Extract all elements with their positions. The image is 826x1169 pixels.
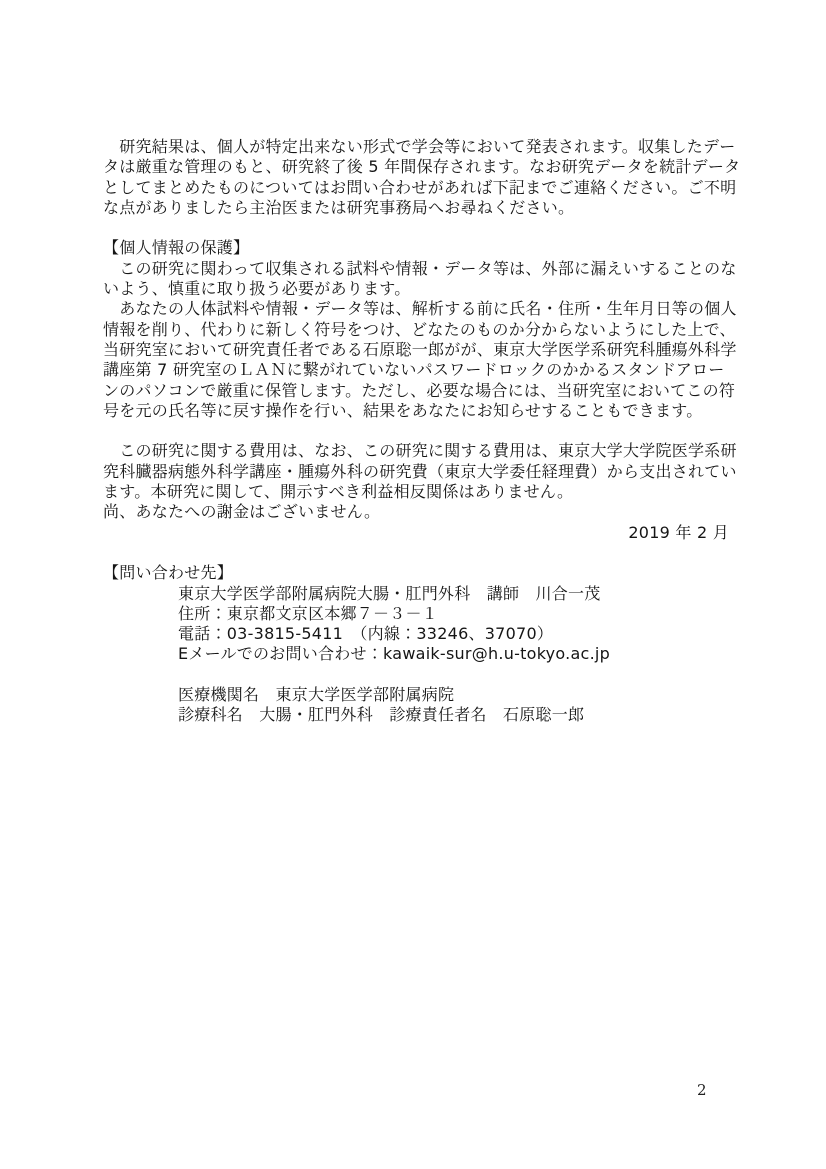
text-line: タは厳重な管理のもと、研究終了後 5 年間保存されます。なお研究データを統計デー… <box>103 157 729 177</box>
text-line: 尚、あなたへの謝金はございません。 <box>103 502 729 522</box>
text-line: ます。本研究に関して、開示すべき利益相反関係はありません。 <box>103 482 729 502</box>
text-line: 究科臓器病態外科学講座・腫瘍外科の研究費（東京大学委任経理費）から支出されてい <box>103 462 729 482</box>
contact-email-line: Eメールでのお問い合わせ：kawaik-sur@h.u-tokyo.ac.jp <box>103 644 729 664</box>
text-line: ンのパソコンで厳重に保管します。ただし、必要な場合には、当研究室においてこの符 <box>103 381 729 401</box>
document-body: 研究結果は、個人が特定出来ない形式で学会等において発表されます。収集したデー タ… <box>103 137 729 726</box>
text-line: 当研究室において研究責任者である石原聡一郎がが、東京大学医学系研究科腫瘍外科学 <box>103 340 729 360</box>
contact-phone-line: 電話：03-3815-5411 （内線：33246、37070） <box>103 624 729 644</box>
section-heading-privacy: 【個人情報の保護】 <box>103 238 729 258</box>
text-line: この研究に関する費用は、なお、この研究に関する費用は、東京大学大学院医学系研 <box>103 441 729 461</box>
paragraph-study-results: 研究結果は、個人が特定出来ない形式で学会等において発表されます。収集したデー タ… <box>103 137 729 218</box>
contact-person-line: 東京大学医学部附属病院大腸・肛門外科 講師 川合一茂 <box>103 584 729 604</box>
department-line: 診療科名 大腸・肛門外科 診療責任者名 石原聡一郎 <box>103 705 729 725</box>
section-heading-contact: 【問い合わせ先】 <box>103 563 729 583</box>
text-line: としてまとめたものについてはお問い合わせがあれば下記までご連絡ください。ご不明 <box>103 178 729 198</box>
text-line: な点がありましたら主治医または研究事務局へお尋ねください。 <box>103 198 729 218</box>
institution-name-line: 医療機関名 東京大学医学部附属病院 <box>103 685 729 705</box>
text-line: 講座第 7 研究室のＬＡＮに繋がれていないパスワードロックのかかるスタンドアロー <box>103 360 729 380</box>
paragraph-funding: この研究に関する費用は、なお、この研究に関する費用は、東京大学大学院医学系研 究… <box>103 441 729 542</box>
text-line: あなたの人体試料や情報・データ等は、解析する前に氏名・住所・生年月日等の個人 <box>103 299 729 319</box>
document-page: 研究結果は、個人が特定出来ない形式で学会等において発表されます。収集したデー タ… <box>0 0 826 1169</box>
institution-block: 医療機関名 東京大学医学部附属病院 診療科名 大腸・肛門外科 診療責任者名 石原… <box>103 685 729 726</box>
text-line: 号を元の氏名等に戻す操作を行い、結果をあなたにお知らせすることもできます。 <box>103 401 729 421</box>
text-line: この研究に関わって収集される試料や情報・データ等は、外部に漏えいすることのな <box>103 259 729 279</box>
text-line: 情報を削り、代わりに新しく符号をつけ、どなたのものか分からないようにした上で、 <box>103 320 729 340</box>
text-line: 研究結果は、個人が特定出来ない形式で学会等において発表されます。収集したデー <box>103 137 729 157</box>
contact-address-line: 住所：東京都文京区本郷７－３－１ <box>103 604 729 624</box>
section-contact: 【問い合わせ先】 東京大学医学部附属病院大腸・肛門外科 講師 川合一茂 住所：東… <box>103 563 729 664</box>
page-number: 2 <box>697 1081 707 1099</box>
date-line: 2019 年 2 月 <box>103 523 729 543</box>
text-line: いよう、慎重に取り扱う必要があります。 <box>103 279 729 299</box>
section-privacy: 【個人情報の保護】 この研究に関わって収集される試料や情報・データ等は、外部に漏… <box>103 238 729 421</box>
